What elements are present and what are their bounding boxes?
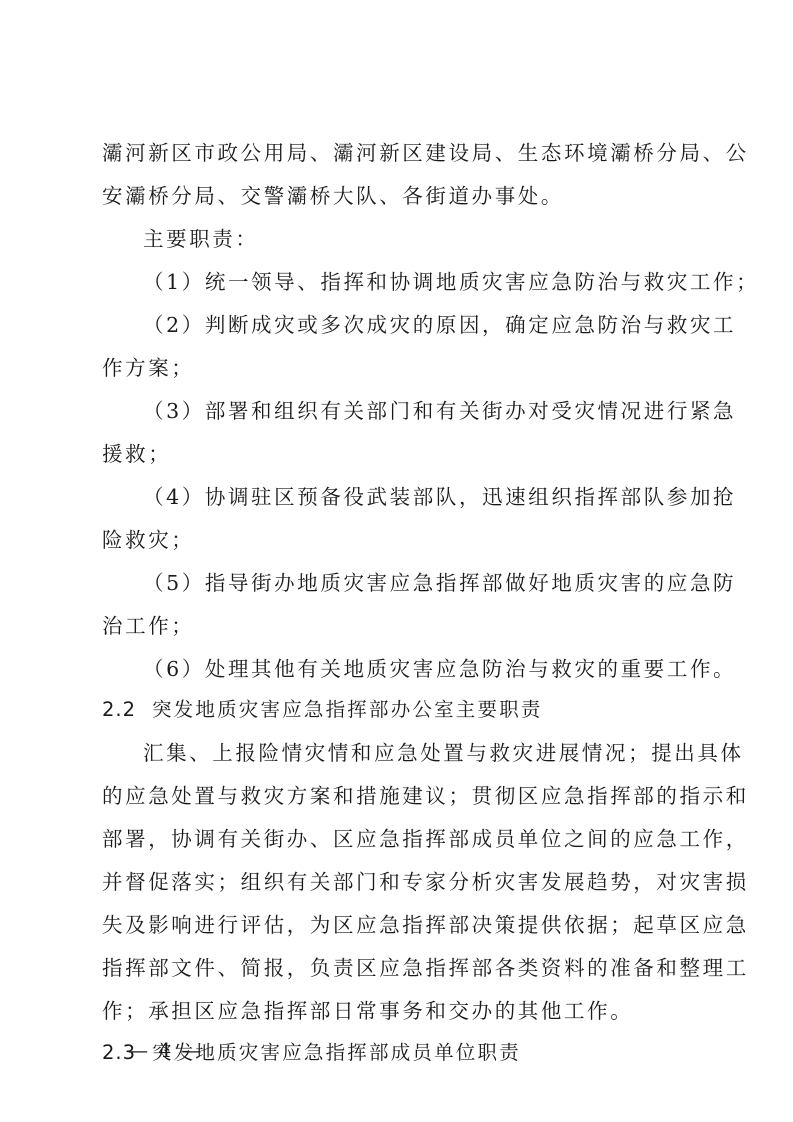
text-line: 作；承担区应急指挥部日常事务和交办的其他工作。 — [102, 1001, 633, 1022]
text-line: 指挥部文件、简报，负责区应急指挥部各类资料的准备和整理工 — [102, 958, 749, 979]
text-line: （5）指导街办地质灾害应急指挥部做好地质灾害的应急防 — [143, 573, 736, 594]
text-line: 灞河新区市政公用局、灞河新区建设局、生态环境灞桥分局、公 — [102, 143, 749, 164]
text-line: 并督促落实；组织有关部门和专家分析灾害发展趋势，对灾害损 — [102, 872, 749, 893]
section-heading-2-2: 2.2突发地质灾害应急指挥部办公室主要职责 — [102, 700, 543, 720]
text-line: 的应急处置与救灾方案和措施建议；贯彻区应急指挥部的指示和 — [102, 786, 749, 807]
text-line: 作方案； — [102, 358, 194, 379]
text-line: （4）协调驻区预备役武装部队，迅速组织指挥部队参加抢 — [143, 487, 736, 508]
text-line: （6）处理其他有关地质灾害应急防治与救灾的重要工作。 — [143, 659, 736, 680]
text-line: 险救灾； — [102, 530, 194, 551]
text-line: 失及影响进行评估，为区应急指挥部决策提供依据；起草区应急 — [102, 915, 749, 936]
page-number: — 4 — — [128, 1038, 203, 1062]
section-title: 突发地质灾害应急指挥部办公室主要职责 — [152, 698, 543, 721]
text-line: 安灞桥分局、交警灞桥大队、各街道办事处。 — [102, 186, 564, 207]
section-number: 2.2 — [102, 700, 152, 720]
text-line: （2）判断成灾或多次成灾的原因，确定应急防治与救灾工 — [143, 315, 736, 336]
text-line: 部署，协调有关街办、区应急指挥部成员单位之间的应急工作， — [102, 829, 749, 850]
section-title: 突发地质灾害应急指挥部成员单位职责 — [152, 1041, 521, 1064]
text-line: （3）部署和组织有关部门和有关街办对受灾情况进行紧急 — [143, 401, 736, 422]
text-line: 援救； — [102, 444, 171, 465]
text-line: 主要职责： — [143, 229, 259, 250]
text-line: （1）统一领导、指挥和协调地质灾害应急防治与救灾工作； — [143, 272, 759, 293]
text-line: 汇集、上报险情灾情和应急处置与救灾进展情况；提出具体 — [143, 743, 744, 764]
text-line: 治工作； — [102, 616, 194, 637]
